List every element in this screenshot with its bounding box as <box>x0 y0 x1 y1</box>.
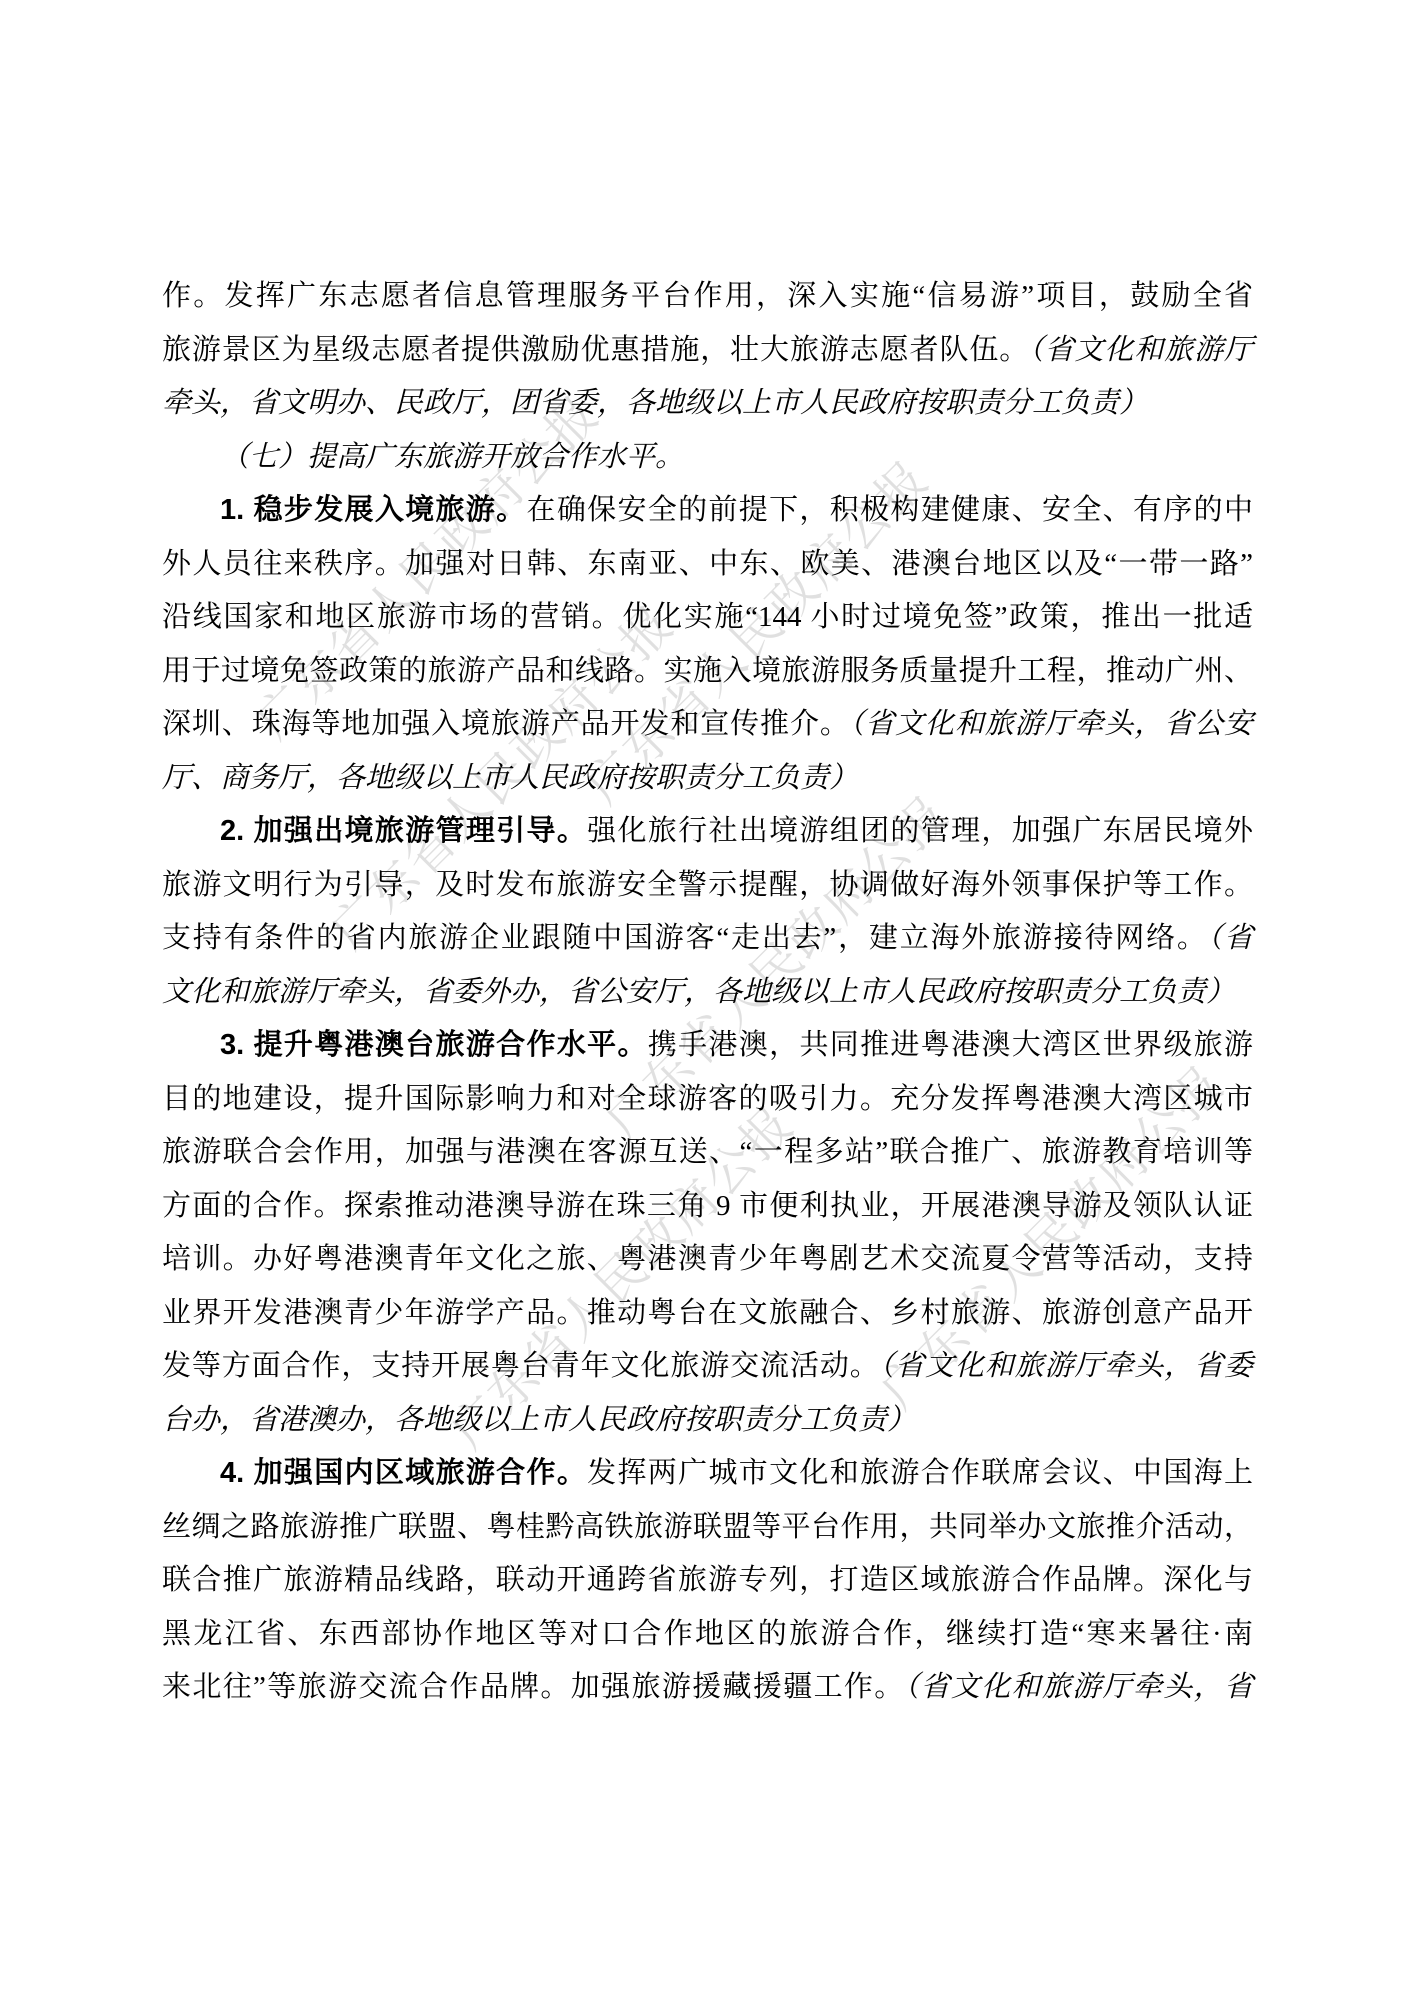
text-line: 4. 加强国内区域旅游合作。发挥两广城市文化和旅游合作联席会议、中国海上 <box>162 1447 1253 1501</box>
text-line: 目的地建设，提升国际影响力和对全球游客的吸引力。充分发挥粤港澳大湾区城市 <box>162 1073 1253 1127</box>
responsibility-attribution-segment: （省文化和旅游厅牵头，省 <box>905 1671 1253 1703</box>
text-line: 作。发挥广东志愿者信息管理服务平台作用，深入实施“信易游”项目，鼓励全省 <box>162 270 1253 324</box>
body-text-segment: 用于过境免签政策的旅游产品和线路。实施入境旅游服务质量提升工程，推动广州、 <box>162 655 1253 687</box>
body-text-segment: 培训。办好粤港澳青年文化之旅、粤港澳青少年粤剧艺术交流夏令营等活动，支持 <box>162 1243 1253 1275</box>
responsibility-attribution-segment: 文化和旅游厅牵头，省委外办，省公安厅，各地级以上市人民政府按职责分工负责） <box>162 976 1235 1008</box>
text-line: 1. 稳步发展入境旅游。在确保安全的前提下，积极构建健康、安全、有序的中 <box>162 484 1253 538</box>
responsibility-attribution-segment: （省文化和旅游厅牵头，省公安 <box>850 708 1253 740</box>
document-body: 作。发挥广东志愿者信息管理服务平台作用，深入实施“信易游”项目，鼓励全省旅游景区… <box>162 270 1253 1715</box>
body-text-segment: 旅游文明行为引导，及时发布旅游安全警示提醒，协调做好海外领事保护等工作。 <box>162 869 1253 901</box>
body-text-segment: 方面的合作。探索推动港澳导游在珠三角 9 市便利执业，开展港澳导游及领队认证 <box>162 1190 1253 1222</box>
text-line: （七）提高广东旅游开放合作水平。 <box>162 431 1253 485</box>
text-line: 用于过境免签政策的旅游产品和线路。实施入境旅游服务质量提升工程，推动广州、 <box>162 645 1253 699</box>
text-line: 发等方面合作，支持开展粤台青年文化旅游交流活动。（省文化和旅游厅牵头，省委 <box>162 1340 1253 1394</box>
responsibility-attribution-segment: 厅、商务厅，各地级以上市人民政府按职责分工负责） <box>162 762 858 794</box>
body-text-segment: 发等方面合作，支持开展粤台青年文化旅游交流活动。 <box>162 1350 880 1382</box>
body-text-segment: 业界开发港澳青少年游学产品。推动粤台在文旅融合、乡村旅游、旅游创意产品开 <box>162 1297 1253 1329</box>
body-text-segment: 沿线国家和地区旅游市场的营销。优化实施“144 小时过境免签”政策，推出一批适 <box>162 601 1253 633</box>
item-heading-segment: 4. 加强国内区域旅游合作。 <box>220 1457 587 1489</box>
body-text-segment: 作。发挥广东志愿者信息管理服务平台作用，深入实施“信易游”项目，鼓励全省 <box>162 280 1253 312</box>
body-text-segment: 来北往”等旅游交流合作品牌。加强旅游援藏援疆工作。 <box>162 1671 905 1703</box>
text-line: 培训。办好粤港澳青年文化之旅、粤港澳青少年粤剧艺术交流夏令营等活动，支持 <box>162 1233 1253 1287</box>
body-text-segment: 携手港澳，共同推进粤港澳大湾区世界级旅游 <box>648 1029 1253 1061</box>
responsibility-attribution-segment: （省文化和旅游厅牵头，省委 <box>880 1350 1253 1382</box>
document-page: 广东省人民政府公报广东省人民政府公报广东省人民政府公报广东省人民政府公报广东省人… <box>0 0 1414 2000</box>
text-line: 旅游联合会作用，加强与港澳在客源互送、“一程多站”联合推广、旅游教育培训等 <box>162 1126 1253 1180</box>
text-line: 黑龙江省、东西部协作地区等对口合作地区的旅游合作，继续打造“寒来暑往·南 <box>162 1608 1253 1662</box>
body-text-segment: 丝绸之路旅游推广联盟、粤桂黔高铁旅游联盟等平台作用，共同举办文旅推介活动， <box>162 1511 1253 1543</box>
text-line: 深圳、珠海等地加强入境旅游产品开发和宣传推介。（省文化和旅游厅牵头，省公安 <box>162 698 1253 752</box>
body-text-segment: 联合推广旅游精品线路，联动开通跨省旅游专列，打造区域旅游合作品牌。深化与 <box>162 1564 1253 1596</box>
text-line: 厅、商务厅，各地级以上市人民政府按职责分工负责） <box>162 752 1253 806</box>
text-line: 业界开发港澳青少年游学产品。推动粤台在文旅融合、乡村旅游、旅游创意产品开 <box>162 1287 1253 1341</box>
body-text-segment: 支持有条件的省内旅游企业跟随中国游客“走出去”，建立海外旅游接待网络。 <box>162 922 1208 954</box>
responsibility-attribution-segment: 牵头，省文明办、民政厅，团省委，各地级以上市人民政府按职责分工负责） <box>162 387 1148 419</box>
text-line: 丝绸之路旅游推广联盟、粤桂黔高铁旅游联盟等平台作用，共同举办文旅推介活动， <box>162 1501 1253 1555</box>
item-heading-segment: 2. 加强出境旅游管理引导。 <box>220 815 587 847</box>
text-line: 方面的合作。探索推动港澳导游在珠三角 9 市便利执业，开展港澳导游及领队认证 <box>162 1180 1253 1234</box>
body-text-segment: 旅游联合会作用，加强与港澳在客源互送、“一程多站”联合推广、旅游教育培训等 <box>162 1136 1253 1168</box>
body-text-segment: 黑龙江省、东西部协作地区等对口合作地区的旅游合作，继续打造“寒来暑往·南 <box>162 1618 1253 1650</box>
responsibility-attribution-segment: （省文化和旅游厅 <box>1029 334 1253 366</box>
text-line: 外人员往来秩序。加强对日韩、东南亚、中东、欧美、港澳台地区以及“一带一路” <box>162 538 1253 592</box>
body-text-segment: 深圳、珠海等地加强入境旅游产品开发和宣传推介。 <box>162 708 850 740</box>
body-text-segment: 在确保安全的前提下，积极构建健康、安全、有序的中 <box>527 494 1253 526</box>
item-heading-segment: 1. 稳步发展入境旅游。 <box>220 494 527 526</box>
text-line: 3. 提升粤港澳台旅游合作水平。携手港澳，共同推进粤港澳大湾区世界级旅游 <box>162 1019 1253 1073</box>
text-line: 支持有条件的省内旅游企业跟随中国游客“走出去”，建立海外旅游接待网络。（省 <box>162 912 1253 966</box>
body-text-segment: 发挥两广城市文化和旅游合作联席会议、中国海上 <box>587 1457 1253 1489</box>
item-heading-segment: 3. 提升粤港澳台旅游合作水平。 <box>220 1029 648 1061</box>
text-line: 旅游景区为星级志愿者提供激励优惠措施，壮大旅游志愿者队伍。（省文化和旅游厅 <box>162 324 1253 378</box>
text-line: 牵头，省文明办、民政厅，团省委，各地级以上市人民政府按职责分工负责） <box>162 377 1253 431</box>
responsibility-attribution-segment: 台办，省港澳办，各地级以上市人民政府按职责分工负责） <box>162 1404 916 1436</box>
text-line: 来北往”等旅游交流合作品牌。加强旅游援藏援疆工作。（省文化和旅游厅牵头，省 <box>162 1661 1253 1715</box>
text-line: 联合推广旅游精品线路，联动开通跨省旅游专列，打造区域旅游合作品牌。深化与 <box>162 1554 1253 1608</box>
responsibility-attribution-segment: （七）提高广东旅游开放合作水平。 <box>220 441 684 473</box>
body-text-segment: 目的地建设，提升国际影响力和对全球游客的吸引力。充分发挥粤港澳大湾区城市 <box>162 1083 1253 1115</box>
body-text-segment: 强化旅行社出境游组团的管理，加强广东居民境外 <box>587 815 1253 847</box>
text-line: 台办，省港澳办，各地级以上市人民政府按职责分工负责） <box>162 1394 1253 1448</box>
text-line: 沿线国家和地区旅游市场的营销。优化实施“144 小时过境免签”政策，推出一批适 <box>162 591 1253 645</box>
text-line: 文化和旅游厅牵头，省委外办，省公安厅，各地级以上市人民政府按职责分工负责） <box>162 966 1253 1020</box>
body-text-segment: 外人员往来秩序。加强对日韩、东南亚、中东、欧美、港澳台地区以及“一带一路” <box>162 548 1253 580</box>
text-line: 2. 加强出境旅游管理引导。强化旅行社出境游组团的管理，加强广东居民境外 <box>162 805 1253 859</box>
body-text-segment: 旅游景区为星级志愿者提供激励优惠措施，壮大旅游志愿者队伍。 <box>162 334 1029 366</box>
responsibility-attribution-segment: （省 <box>1208 922 1253 954</box>
text-line: 旅游文明行为引导，及时发布旅游安全警示提醒，协调做好海外领事保护等工作。 <box>162 859 1253 913</box>
